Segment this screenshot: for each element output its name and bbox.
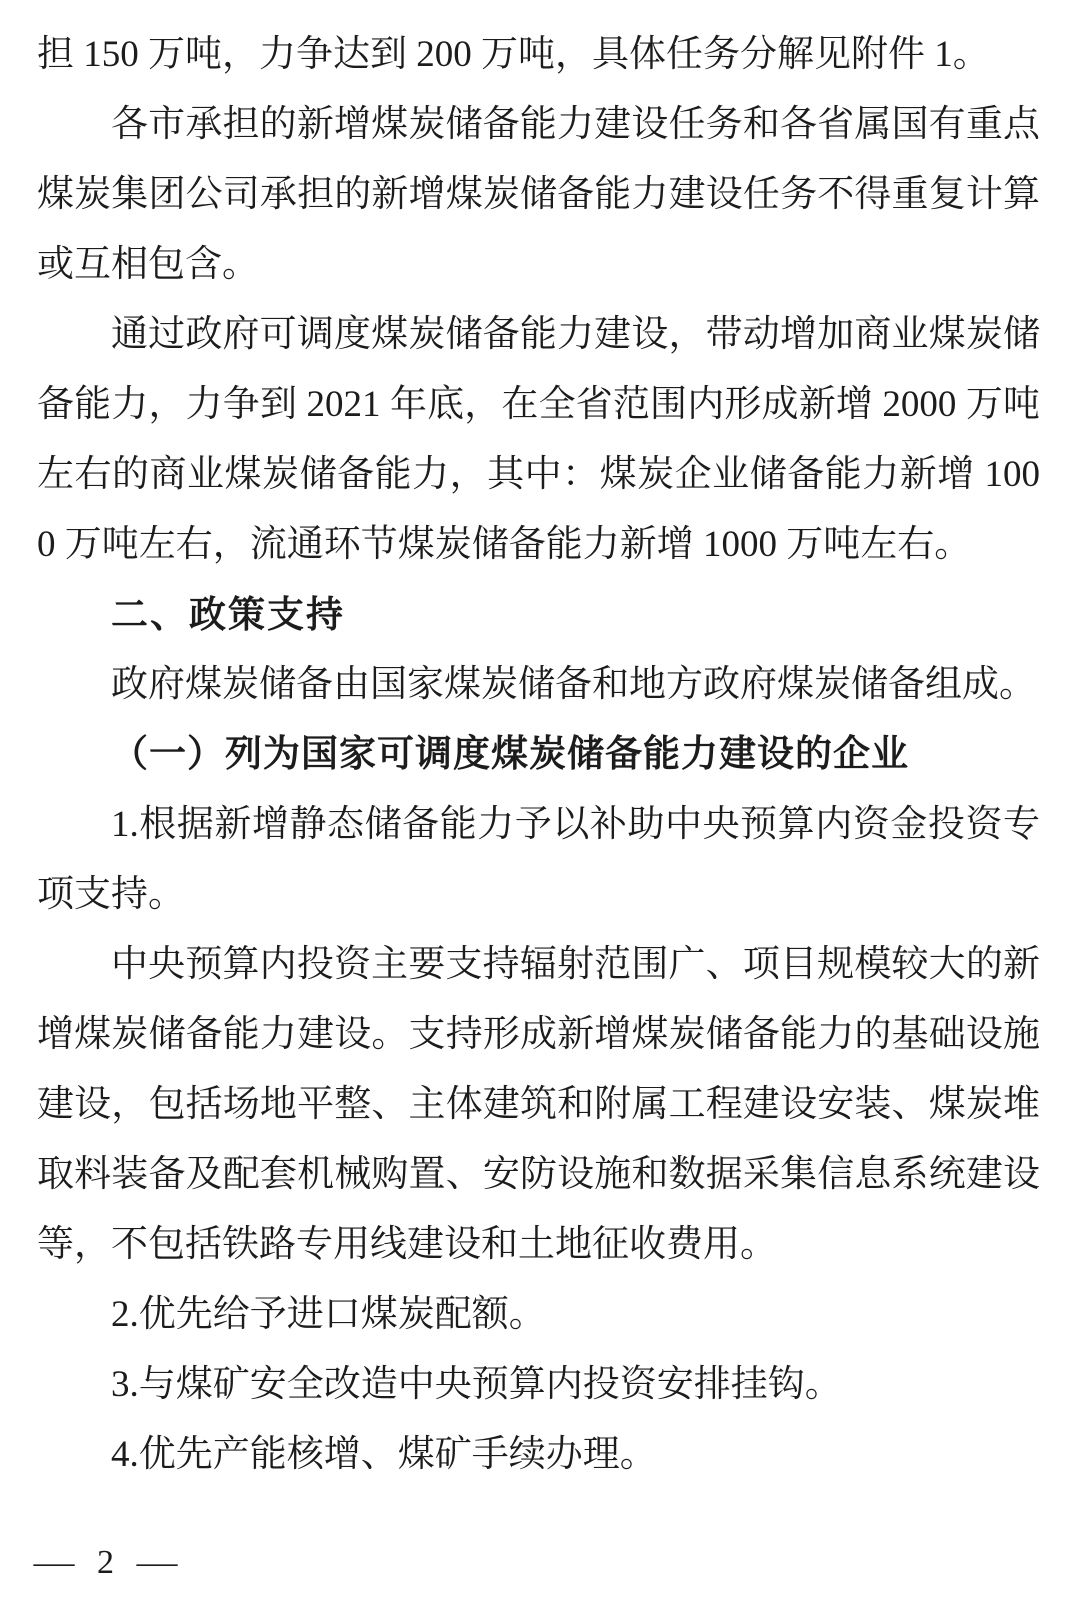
numbered-item: 1.根据新增静态储备能力予以补助中央预算内资金投资专项支持。 — [37, 790, 1040, 930]
numbered-item: 3.与煤矿安全改造中央预算内投资安排挂钩。 — [37, 1350, 1040, 1420]
section-heading: 二、政策支持 — [37, 580, 1040, 650]
document-page: 担 150 万吨，力争达到 200 万吨，具体任务分解见附件 1。 各市承担的新… — [0, 0, 1080, 1606]
page-number: 2 — [97, 1544, 114, 1582]
paragraph: 政府煤炭储备由国家煤炭储备和地方政府煤炭储备组成。 — [37, 650, 1040, 720]
numbered-item: 4.优先产能核增、煤矿手续办理。 — [37, 1420, 1040, 1490]
page-footer: — 2 — — [37, 1544, 174, 1582]
footer-dash-right: — — [137, 1544, 178, 1582]
paragraph-continuation: 担 150 万吨，力争达到 200 万吨，具体任务分解见附件 1。 — [37, 20, 1040, 90]
footer-dash-left: — — [34, 1544, 75, 1582]
paragraph: 各市承担的新增煤炭储备能力建设任务和各省属国有重点煤炭集团公司承担的新增煤炭储备… — [37, 90, 1040, 300]
subsection-heading: （一）列为国家可调度煤炭储备能力建设的企业 — [37, 720, 1040, 790]
paragraph: 中央预算内投资主要支持辐射范围广、项目规模较大的新增煤炭储备能力建设。支持形成新… — [37, 930, 1040, 1280]
paragraph: 通过政府可调度煤炭储备能力建设，带动增加商业煤炭储备能力，力争到 2021 年底… — [37, 300, 1040, 580]
numbered-item: 2.优先给予进口煤炭配额。 — [37, 1280, 1040, 1350]
